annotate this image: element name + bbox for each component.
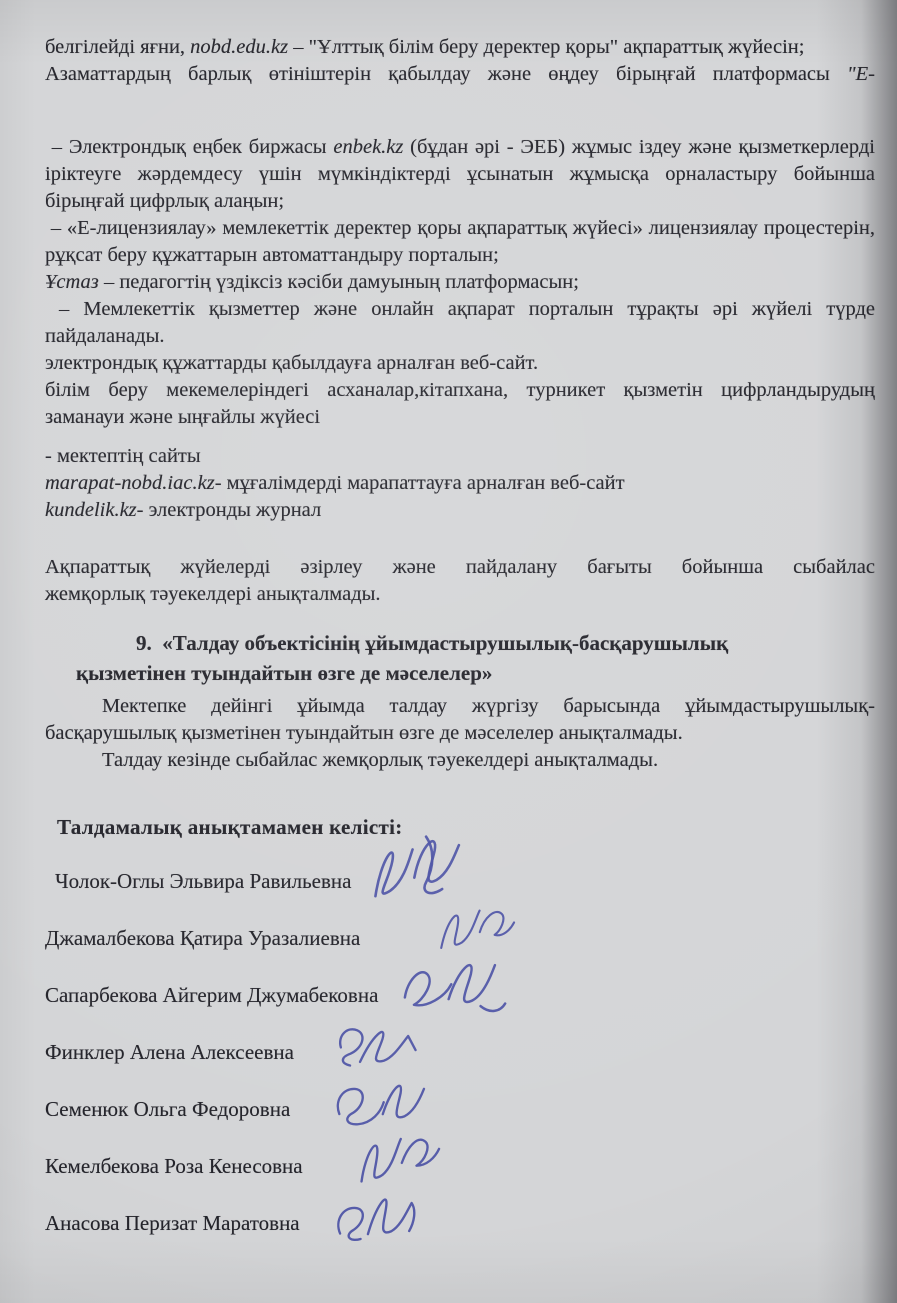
text-run: nobd.edu.kz <box>190 36 288 58</box>
paragraph: білім беру мекемелеріндегі асханалар,кіт… <box>45 377 875 431</box>
text-run: marapat-nobd.iac.kz <box>45 472 215 494</box>
paragraph: Талдау кезінде сыбайлас жемқорлық тәуеке… <box>45 747 875 774</box>
signatory-name: Чолок-Оглы Эльвира Равильевна <box>45 868 351 895</box>
document-content: белгілейді яғни, nobd.edu.kz – "Ұлттық б… <box>45 34 875 1252</box>
paragraph: Ақпараттық жүйелерді әзірлеу және пайдал… <box>45 554 875 581</box>
signatory-name: Джамалбекова Қатира Уразалиевна <box>45 925 360 952</box>
signatory-row: Анасова Перизат Маратовна <box>45 1195 875 1252</box>
text-run: білім беру мекемелеріндегі асханалар,кіт… <box>45 379 875 428</box>
text-run: Ұстаз <box>45 271 99 293</box>
signatory-list: Чолок-Оглы Эльвира РавильевнаДжамалбеков… <box>45 853 875 1252</box>
text-run: - мектептің сайты <box>45 445 201 467</box>
paragraph: - мектептің сайты <box>45 443 875 470</box>
signatory-name: Кемелбекова Роза Кенесовна <box>45 1153 303 1180</box>
paragraph: белгілейді яғни, nobd.edu.kz – "Ұлттық б… <box>45 34 875 61</box>
text-run: Мектепке дейінгі ұйымда талдау жүргізу б… <box>45 695 875 744</box>
text-run: 9. «Талдау объектісінің ұйымдастырушылық… <box>136 631 728 655</box>
paragraph: 9. «Талдау объектісінің ұйымдастырушылық… <box>76 628 875 688</box>
paragraph: Мектепке дейінгі ұйымда талдау жүргізу б… <box>45 693 875 747</box>
text-run: – «Е-лицензиялау» мемлекеттік деректер қ… <box>45 217 875 266</box>
text-run: белгілейді яғни, <box>45 36 190 58</box>
document-body: белгілейді яғни, nobd.edu.kz – "Ұлттық б… <box>45 34 875 774</box>
paragraph: Азаматтардың барлық өтініштерін қабылдау… <box>45 61 875 88</box>
paragraph: – «Е-лицензиялау» мемлекеттік деректер қ… <box>45 215 875 269</box>
text-run: – Электрондық еңбек биржасы <box>45 136 333 158</box>
signatory-name: Финклер Алена Алексеевна <box>45 1039 294 1066</box>
text-run: kundelik.kz <box>45 499 137 521</box>
paragraph: жемқорлық тәуекелдері анықталмады. <box>45 581 875 608</box>
paragraph: Ұстаз – педагогтің үздіксіз кәсіби дамуы… <box>45 269 875 296</box>
text-run: жемқорлық тәуекелдері анықталмады. <box>45 583 381 605</box>
paragraph: – Электрондық еңбек биржасы enbek.kz (бұ… <box>45 134 875 215</box>
text-run: – Мемлекеттік қызметтер және онлайн ақпа… <box>45 298 875 347</box>
text-run: Ақпараттық жүйелерді әзірлеу және пайдал… <box>45 556 875 578</box>
paragraph: kundelik.kz- электронды журнал <box>45 497 875 524</box>
signature-scribble <box>322 1170 450 1270</box>
signatory-name: Семенюк Ольга Федоровна <box>45 1096 290 1123</box>
paragraph-gap <box>45 431 875 443</box>
text-run: Талдау кезінде сыбайлас жемқорлық тәуеке… <box>102 749 658 771</box>
paragraph-gap <box>45 524 875 554</box>
signatory-name: Анасова Перизат Маратовна <box>45 1210 300 1237</box>
scanned-document-page: белгілейді яғни, nobd.edu.kz – "Ұлттық б… <box>0 0 897 1303</box>
signatory-row: Кемелбекова Роза Кенесовна <box>45 1138 875 1195</box>
text-run: – "Ұлттық білім беру деректер қоры" ақпа… <box>288 36 804 58</box>
text-run: электрондық құжаттарды қабылдауға арналғ… <box>45 352 538 374</box>
text-run: "Е- <box>847 63 875 85</box>
signatory-name: Сапарбекова Айгерим Джумабековна <box>45 982 378 1009</box>
text-run: - мұғалімдерді марапаттауға арналған веб… <box>215 472 625 494</box>
paragraph: – Мемлекеттік қызметтер және онлайн ақпа… <box>45 296 875 350</box>
paragraph: электрондық құжаттарды қабылдауға арналғ… <box>45 350 875 377</box>
text-run: Азаматтардың барлық өтініштерін қабылдау… <box>45 63 847 85</box>
text-run: – педагогтің үздіксіз кәсіби дамуының пл… <box>99 271 579 293</box>
text-run: enbek.kz <box>333 136 403 158</box>
paragraph: marapat-nobd.iac.kz- мұғалімдерді марапа… <box>45 470 875 497</box>
text-run: қызметінен туындайтын өзге де мәселелер» <box>76 661 492 685</box>
signatory-row: Семенюк Ольга Федоровна <box>45 1081 875 1138</box>
signatory-row: Сапарбекова Айгерим Джумабековна <box>45 967 875 1024</box>
text-run: - электронды журнал <box>137 499 322 521</box>
paragraph-gap <box>45 88 875 134</box>
agreement-section: Талдамалық анықтамамен келісті: Чолок-Ог… <box>45 814 875 1252</box>
